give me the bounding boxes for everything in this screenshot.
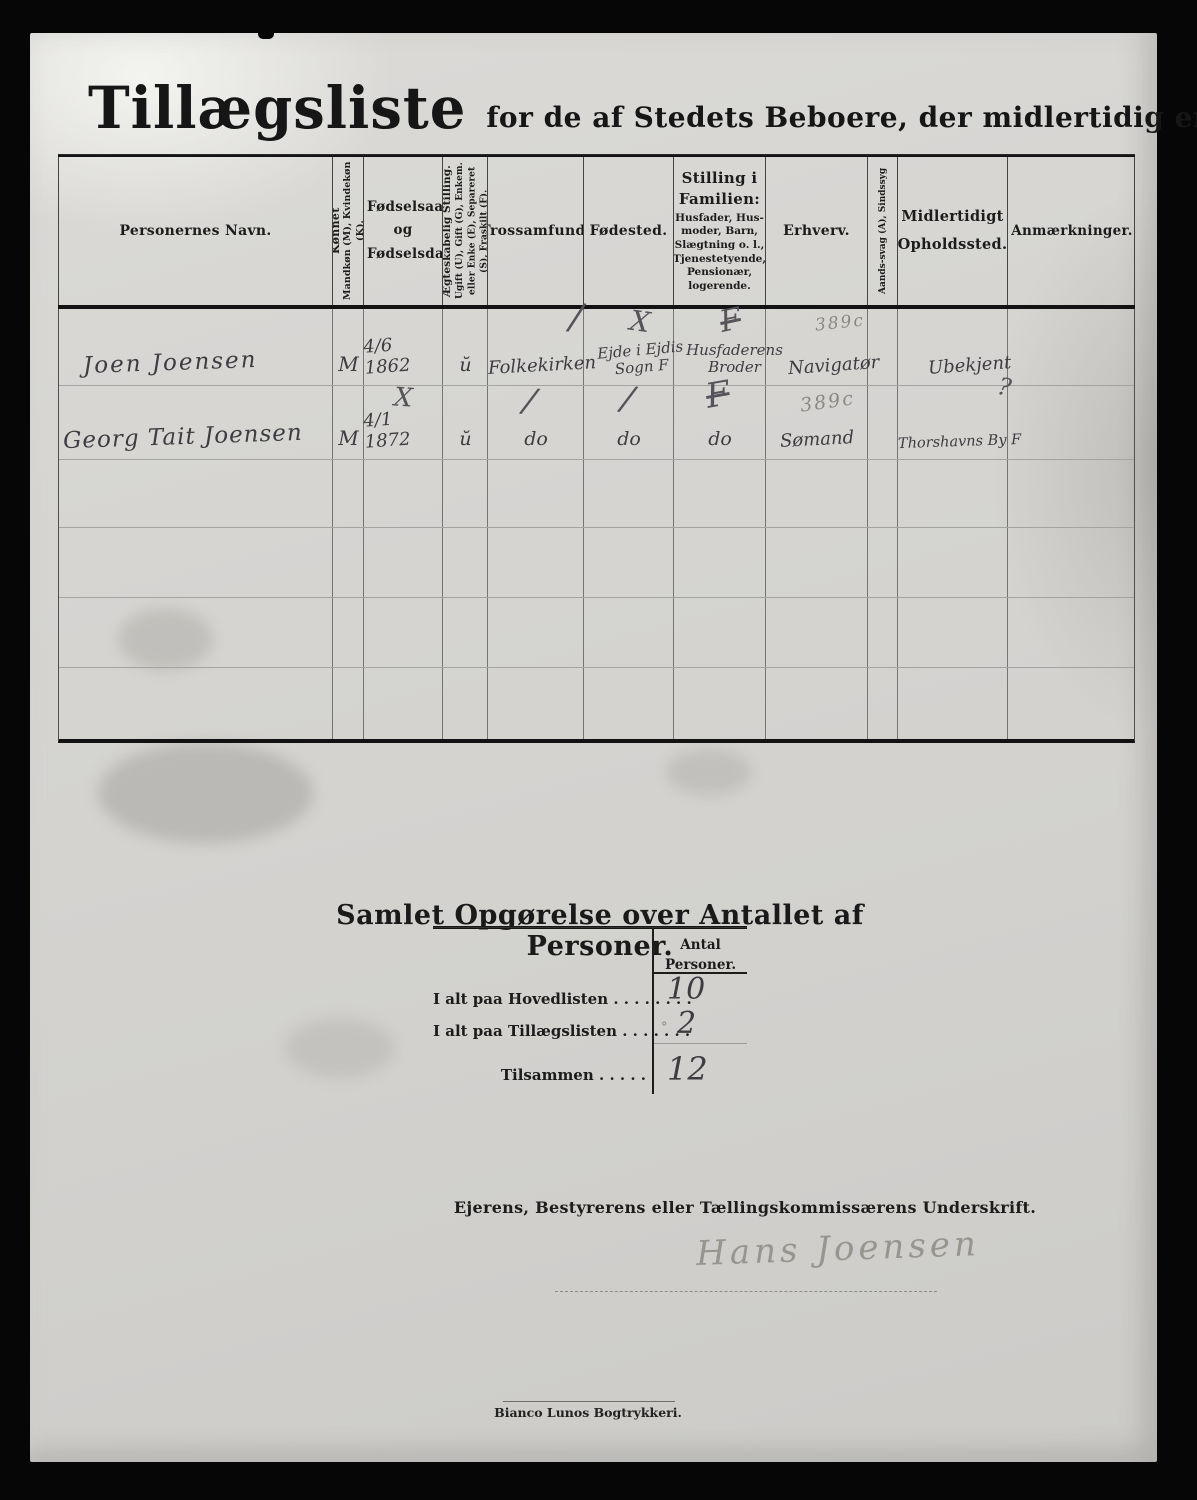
paper-stain: [666, 749, 752, 795]
cell-family-position: F do: [674, 385, 766, 459]
row-separator: [59, 527, 1134, 528]
table-row: Joen Joensen M 4/6 1862 ŭ / Folkekirken …: [59, 309, 1134, 385]
column-header-foedested: Fødested.: [584, 157, 674, 305]
summary-top-rule: [433, 926, 747, 929]
pencil-degree-mark: °: [661, 1020, 668, 1035]
summary-count-header: Antal Personer.: [654, 936, 747, 975]
column-header-koennet: Kønnet Mandkøn (M), Kvindekøn (K).: [333, 157, 364, 305]
cell-remarks: [1025, 309, 1153, 385]
cell-temporary-residence: ? Ubekjent: [915, 309, 1025, 385]
column-header-aegteskabelig-stilling: Ægteskabelig Stilling. Ugift (U), Gift (…: [443, 157, 488, 305]
cell-occupation: 389c Sømand: [766, 385, 868, 459]
column-label: Personernes Navn.: [119, 223, 271, 239]
form-title-subtitle: for de af Stedets Beboere, der midlertid…: [486, 101, 1197, 134]
pencil-slash-mark: /: [521, 380, 539, 421]
cell-religion: / Folkekirken: [488, 309, 596, 385]
handwritten-signature: Hans Joensen: [677, 1223, 998, 1274]
cell-sex: M: [333, 385, 364, 459]
handwritten-count: 2: [677, 1006, 696, 1041]
rotated-text: Døvstum (D), Blind (B), Aands-svag (A), …: [868, 160, 898, 302]
paper-stain: [285, 1018, 395, 1078]
cell-birthplace: X Ejde i Ejdis Sogn F: [596, 309, 686, 385]
rotated-text: Ægteskabelig Stilling. Ugift (U), Gift (…: [443, 160, 488, 302]
column-header-trossamfund: Trossamfund.: [488, 157, 584, 305]
cell-disability: [885, 309, 915, 385]
cell-occupation: 389c Navigatør: [783, 309, 885, 385]
cell-remarks: [1021, 385, 1149, 459]
column-header-doevstum: Døvstum (D), Blind (B), Aands-svag (A), …: [868, 157, 898, 305]
pencil-code-note: 389c: [799, 387, 856, 416]
pencil-x-mark: X: [628, 304, 652, 339]
row-separator: [59, 597, 1134, 598]
summary-subtotal-rule: [654, 1043, 747, 1044]
form-title-main: Tillægsliste: [88, 74, 466, 143]
signature-caption: Ejerens, Bestyrerens eller Tællingskommi…: [400, 1198, 1090, 1217]
cell-marital-status: ŭ: [443, 385, 488, 459]
cell-religion: / do: [488, 385, 584, 459]
cell-birthdate: 4/6 1862: [364, 309, 443, 385]
table-body: Joen Joensen M 4/6 1862 ŭ / Folkekirken …: [58, 309, 1135, 743]
printer-imprint: Bianco Lunos Bogtrykkeri.: [478, 1405, 698, 1420]
rotated-text: Kønnet Mandkøn (M), Kvindekøn (K).: [333, 160, 364, 302]
cell-birthplace: / do: [584, 385, 674, 459]
column-header-erhverv: Erhverv.: [766, 157, 868, 305]
form-title: Tillægsliste for de af Stedets Beboere, …: [88, 75, 1128, 141]
cell-marital-status: ŭ: [443, 309, 488, 385]
cell-birthdate: X 4/1 1872: [364, 385, 443, 459]
cell-temporary-residence: Thorshavns By F: [898, 385, 1021, 459]
table-row: Georg Tait Joensen M X 4/1 1872 ŭ / do /: [59, 385, 1134, 459]
cell-name: Georg Tait Joensen: [59, 385, 333, 459]
pencil-code-note: 389c: [814, 310, 866, 335]
cell-family-position: F Husfaderens Broder: [686, 309, 783, 385]
signature-line: [555, 1291, 937, 1292]
cell-disability: [868, 385, 898, 459]
handwritten-count: 12: [667, 1050, 708, 1088]
paper-stain: [98, 743, 313, 843]
paper-edge-notch: [258, 31, 274, 39]
column-header-personernes-navn: Personernes Navn.: [59, 157, 333, 305]
summary-table: Antal Personer. I alt paa Hovedlisten . …: [433, 926, 747, 1098]
row-separator: [59, 667, 1134, 668]
pencil-slash-mark: /: [619, 378, 637, 419]
handwritten-count: 10: [667, 972, 705, 1007]
absentees-table: Personernes Navn. Kønnet Mandkøn (M), Kv…: [58, 152, 1135, 743]
row-separator: [59, 459, 1134, 460]
printer-rule: [503, 1401, 675, 1402]
column-header-midlertidigt-opholdssted: Midlertidigt Opholdssted.: [898, 157, 1008, 305]
column-header-anmaerkninger: Anmærkninger.: [1008, 157, 1136, 305]
cell-name: Joen Joensen: [59, 309, 333, 385]
scanned-census-page: Tillægsliste for de af Stedets Beboere, …: [30, 33, 1157, 1462]
column-header-foedselsaar: Fødselsaar og Fødselsdag.: [364, 157, 443, 305]
column-header-stilling-i-familien: Stilling i Familien: Husfader, Hus-moder…: [674, 157, 766, 305]
cell-sex: M: [333, 309, 364, 385]
table-header-row: Personernes Navn. Kønnet Mandkøn (M), Kv…: [58, 157, 1135, 305]
